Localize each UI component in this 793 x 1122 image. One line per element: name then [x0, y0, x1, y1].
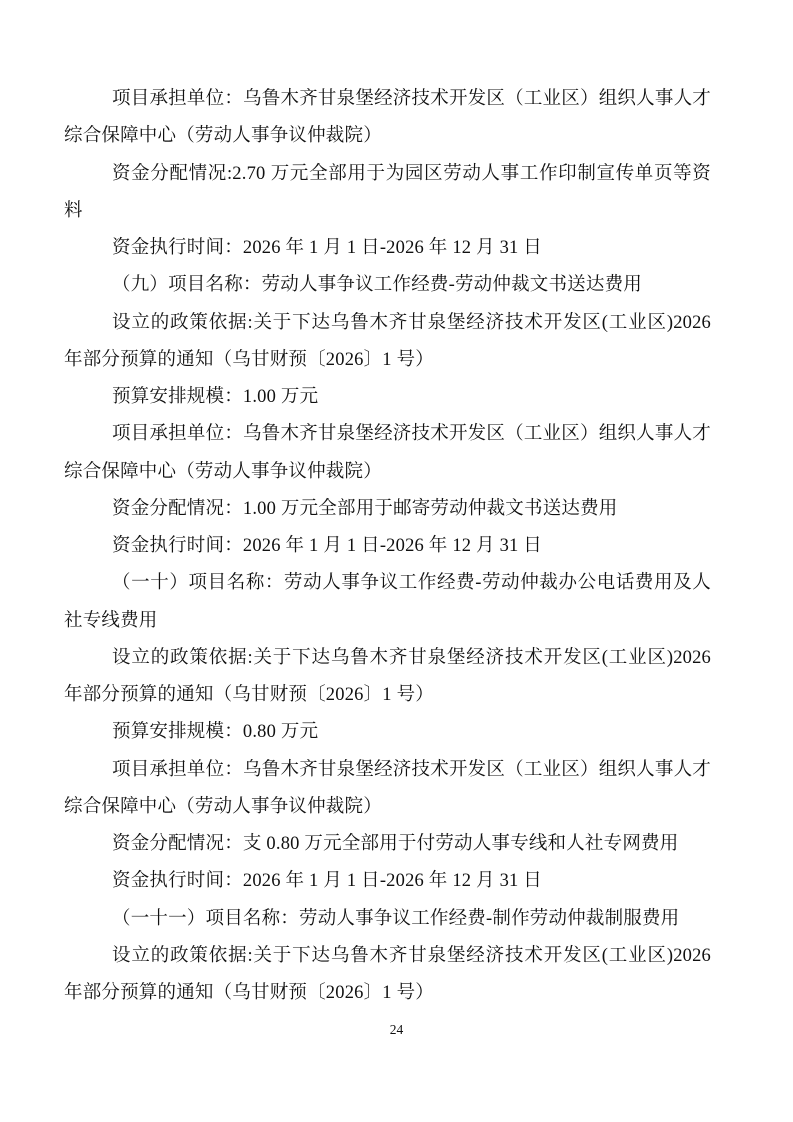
paragraph: 项目承担单位：乌鲁木齐甘泉堡经济技术开发区（工业区）组织人事人才 综合保障中心（…	[64, 416, 711, 491]
document-body: 项目承担单位：乌鲁木齐甘泉堡经济技术开发区（工业区）组织人事人才 综合保障中心（…	[64, 81, 711, 1012]
text-line: 资金执行时间：2026 年 1 月 1 日-2026 年 12 月 31 日	[64, 863, 711, 900]
text-line: 资金分配情况：1.00 万元全部用于邮寄劳动仲裁文书送达费用	[64, 491, 711, 528]
paragraph: 设立的政策依据:关于下达乌鲁木齐甘泉堡经济技术开发区(工业区)2026 年部分预…	[64, 305, 711, 380]
text-line: 项目承担单位：乌鲁木齐甘泉堡经济技术开发区（工业区）组织人事人才	[64, 416, 711, 453]
paragraph: 资金执行时间：2026 年 1 月 1 日-2026 年 12 月 31 日	[64, 863, 711, 900]
text-line: 料	[64, 193, 711, 230]
text-line: 设立的政策依据:关于下达乌鲁木齐甘泉堡经济技术开发区(工业区)2026	[64, 305, 711, 342]
paragraph: 预算安排规模：1.00 万元	[64, 379, 711, 416]
text-line: 设立的政策依据:关于下达乌鲁木齐甘泉堡经济技术开发区(工业区)2026	[64, 640, 711, 677]
text-line: 资金执行时间：2026 年 1 月 1 日-2026 年 12 月 31 日	[64, 528, 711, 565]
paragraph: 项目承担单位：乌鲁木齐甘泉堡经济技术开发区（工业区）组织人事人才 综合保障中心（…	[64, 752, 711, 827]
paragraph: 预算安排规模：0.80 万元	[64, 714, 711, 751]
text-line: 资金分配情况：支 0.80 万元全部用于付劳动人事专线和人社专网费用	[64, 826, 711, 863]
paragraph: （一十）项目名称：劳动人事争议工作经费-劳动仲裁办公电话费用及人 社专线费用	[64, 565, 711, 640]
paragraph: 资金分配情况:2.70 万元全部用于为园区劳动人事工作印制宣传单页等资 料	[64, 156, 711, 231]
text-line: 项目承担单位：乌鲁木齐甘泉堡经济技术开发区（工业区）组织人事人才	[64, 81, 711, 118]
text-line: 综合保障中心（劳动人事争议仲裁院）	[64, 454, 711, 491]
page-number: 24	[0, 1021, 793, 1039]
text-line: 年部分预算的通知（乌甘财预〔2026〕1 号）	[64, 677, 711, 714]
text-line: 资金执行时间：2026 年 1 月 1 日-2026 年 12 月 31 日	[64, 230, 711, 267]
text-line: 年部分预算的通知（乌甘财预〔2026〕1 号）	[64, 342, 711, 379]
text-line: 综合保障中心（劳动人事争议仲裁院）	[64, 118, 711, 155]
text-line: 预算安排规模：1.00 万元	[64, 379, 711, 416]
paragraph: 资金分配情况：支 0.80 万元全部用于付劳动人事专线和人社专网费用	[64, 826, 711, 863]
paragraph: 资金分配情况：1.00 万元全部用于邮寄劳动仲裁文书送达费用	[64, 491, 711, 528]
text-line: 社专线费用	[64, 603, 711, 640]
paragraph: 项目承担单位：乌鲁木齐甘泉堡经济技术开发区（工业区）组织人事人才 综合保障中心（…	[64, 81, 711, 156]
paragraph: （九）项目名称：劳动人事争议工作经费-劳动仲裁文书送达费用	[64, 267, 711, 304]
text-line: 项目承担单位：乌鲁木齐甘泉堡经济技术开发区（工业区）组织人事人才	[64, 752, 711, 789]
document-page: 项目承担单位：乌鲁木齐甘泉堡经济技术开发区（工业区）组织人事人才 综合保障中心（…	[0, 0, 793, 1122]
paragraph: 设立的政策依据:关于下达乌鲁木齐甘泉堡经济技术开发区(工业区)2026 年部分预…	[64, 640, 711, 715]
text-line: 设立的政策依据:关于下达乌鲁木齐甘泉堡经济技术开发区(工业区)2026	[64, 938, 711, 975]
text-line: 资金分配情况:2.70 万元全部用于为园区劳动人事工作印制宣传单页等资	[64, 156, 711, 193]
text-line: （一十一）项目名称：劳动人事争议工作经费-制作劳动仲裁制服费用	[64, 901, 711, 938]
paragraph: （一十一）项目名称：劳动人事争议工作经费-制作劳动仲裁制服费用	[64, 901, 711, 938]
text-line: 预算安排规模：0.80 万元	[64, 714, 711, 751]
text-line: （九）项目名称：劳动人事争议工作经费-劳动仲裁文书送达费用	[64, 267, 711, 304]
text-line: （一十）项目名称：劳动人事争议工作经费-劳动仲裁办公电话费用及人	[64, 565, 711, 602]
text-line: 年部分预算的通知（乌甘财预〔2026〕1 号）	[64, 975, 711, 1012]
paragraph: 资金执行时间：2026 年 1 月 1 日-2026 年 12 月 31 日	[64, 528, 711, 565]
text-line: 综合保障中心（劳动人事争议仲裁院）	[64, 789, 711, 826]
paragraph: 设立的政策依据:关于下达乌鲁木齐甘泉堡经济技术开发区(工业区)2026 年部分预…	[64, 938, 711, 1013]
paragraph: 资金执行时间：2026 年 1 月 1 日-2026 年 12 月 31 日	[64, 230, 711, 267]
